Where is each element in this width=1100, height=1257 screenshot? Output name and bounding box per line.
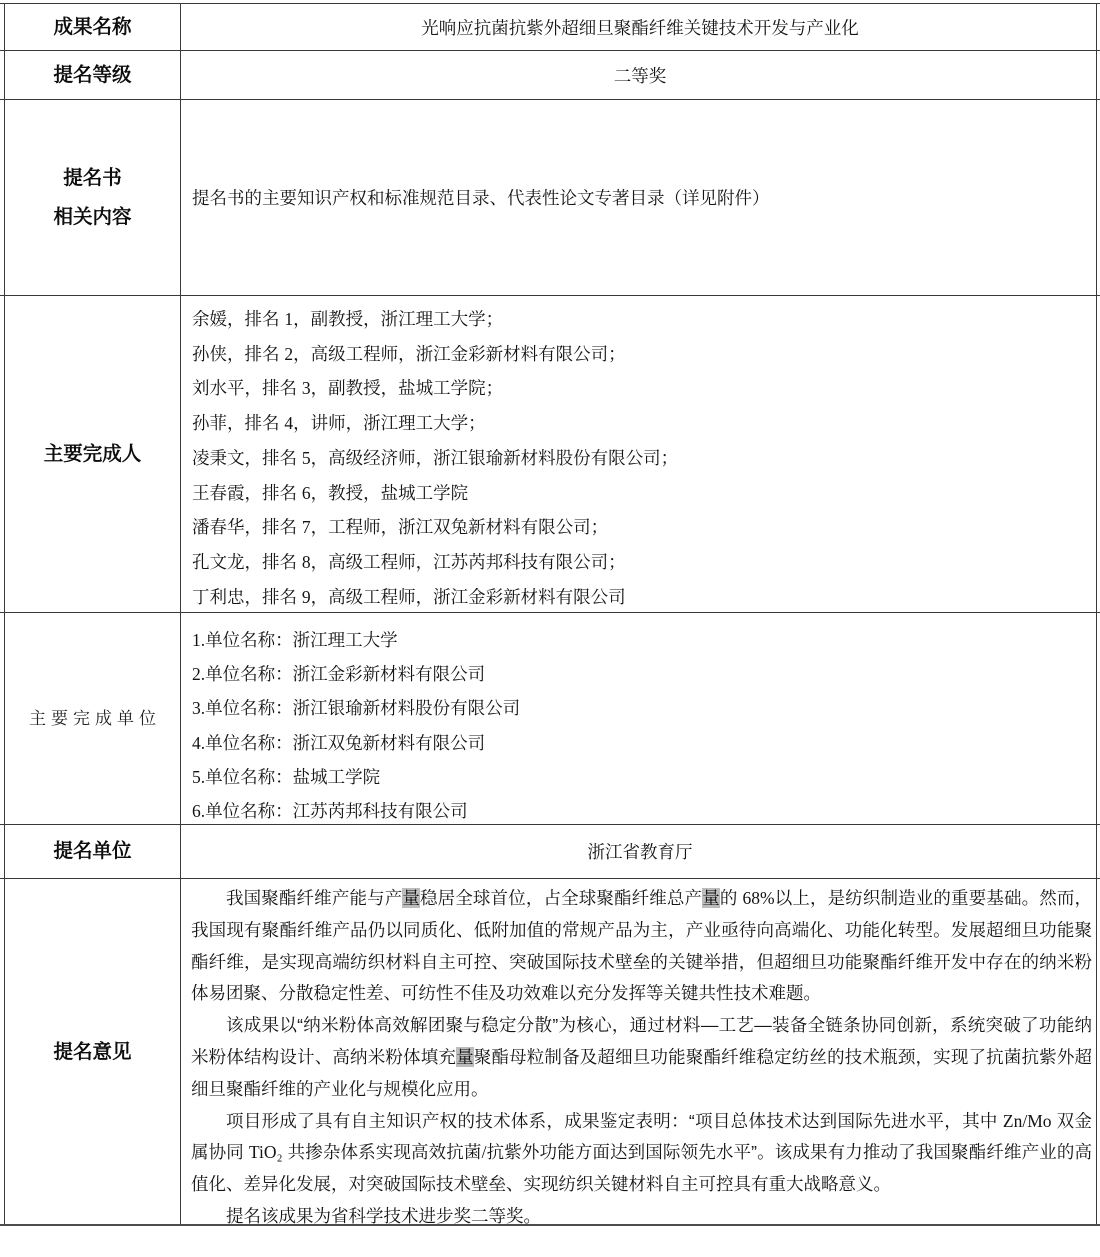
nominator-label: 提名单位 [0, 825, 180, 878]
table-border-left [4, 3, 5, 1225]
grade-value: 二等奖 [180, 51, 1100, 99]
people-item: 潘春华，排名 7，工程师，浙江双兔新材料有限公司； [192, 510, 1088, 545]
grade-label: 提名等级 [0, 51, 180, 99]
opinion-paragraph: 项目形成了具有自主知识产权的技术体系，成果鉴定表明：“项目总体技术达到国际先进水… [191, 1106, 1092, 1201]
unit-item: 3.单位名称：浙江银瑜新材料股份有限公司 [192, 691, 1088, 725]
table-border-right [1096, 3, 1097, 1225]
nominator-value: 浙江省教育厅 [180, 825, 1100, 878]
table-column-divider [180, 3, 181, 1225]
opinion-paragraph: 提名该成果为省科学技术进步奖二等奖。 [191, 1201, 1092, 1233]
table-row-grade: 提名等级 二等奖 [0, 51, 1100, 100]
people-item: 孙菲，排名 4，讲师，浙江理工大学； [192, 406, 1088, 441]
opinion-paragraph: 我国聚酯纤维产能与产量稳居全球首位，占全球聚酯纤维总产量的 68%以上，是纺织制… [191, 883, 1092, 1010]
achievement-name-value: 光响应抗菌抗紫外超细旦聚酯纤维关键技术开发与产业化 [180, 4, 1100, 50]
achievement-name-label: 成果名称 [0, 4, 180, 50]
book-label: 提名书 相关内容 [0, 100, 180, 295]
table-row-book: 提名书 相关内容 提名书的主要知识产权和标准规范目录、代表性论文专著目录（详见附… [0, 100, 1100, 296]
opinion-text: 我国聚酯纤维产能与产量稳居全球首位，占全球聚酯纤维总产量的 68%以上，是纺织制… [180, 879, 1100, 1225]
table-row-opinion: 提名意见 我国聚酯纤维产能与产量稳居全球首位，占全球聚酯纤维总产量的 68%以上… [0, 879, 1100, 1225]
people-item: 凌秉文，排名 5，高级经济师，浙江银瑜新材料股份有限公司； [192, 441, 1088, 476]
people-label: 主要完成人 [0, 296, 180, 612]
people-item: 丁利忠，排名 9，高级工程师，浙江金彩新材料有限公司 [192, 580, 1088, 615]
people-item: 王春霞，排名 6，教授，盐城工学院 [192, 476, 1088, 511]
book-value: 提名书的主要知识产权和标准规范目录、代表性论文专著目录（详见附件） [180, 100, 1100, 295]
units-label: 主要完成单位 [0, 613, 180, 824]
opinion-label: 提名意见 [0, 879, 180, 1225]
unit-item: 5.单位名称：盐城工学院 [192, 760, 1088, 794]
table-row-nominator: 提名单位 浙江省教育厅 [0, 825, 1100, 879]
people-item: 孔文龙，排名 8，高级工程师，江苏芮邦科技有限公司； [192, 545, 1088, 580]
table-row-people: 主要完成人 余媛，排名 1，副教授，浙江理工大学； 孙侠，排名 2，高级工程师，… [0, 296, 1100, 613]
table-row-achievement: 成果名称 光响应抗菌抗紫外超细旦聚酯纤维关键技术开发与产业化 [0, 4, 1100, 51]
unit-item: 4.单位名称：浙江双兔新材料有限公司 [192, 726, 1088, 760]
book-label-line2: 相关内容 [53, 198, 131, 236]
book-label-line1: 提名书 [63, 159, 122, 197]
unit-item: 6.单位名称：江苏芮邦科技有限公司 [192, 794, 1088, 828]
people-item: 刘水平，排名 3，副教授，盐城工学院； [192, 371, 1088, 406]
table-row-units: 主要完成单位 1.单位名称：浙江理工大学 2.单位名称：浙江金彩新材料有限公司 … [0, 613, 1100, 825]
table-border-bottom [0, 1224, 1100, 1226]
people-item: 孙侠，排名 2，高级工程师，浙江金彩新材料有限公司； [192, 337, 1088, 372]
unit-item: 1.单位名称：浙江理工大学 [192, 623, 1088, 657]
nomination-table: 成果名称 光响应抗菌抗紫外超细旦聚酯纤维关键技术开发与产业化 提名等级 二等奖 … [0, 3, 1100, 1225]
unit-item: 2.单位名称：浙江金彩新材料有限公司 [192, 657, 1088, 691]
opinion-paragraph: 该成果以“纳米粉体高效解团聚与稳定分散”为核心，通过材料—工艺—装备全链条协同创… [191, 1010, 1092, 1105]
people-list: 余媛，排名 1，副教授，浙江理工大学； 孙侠，排名 2，高级工程师，浙江金彩新材… [180, 296, 1100, 612]
people-item: 余媛，排名 1，副教授，浙江理工大学； [192, 302, 1088, 337]
units-list: 1.单位名称：浙江理工大学 2.单位名称：浙江金彩新材料有限公司 3.单位名称：… [180, 613, 1100, 824]
